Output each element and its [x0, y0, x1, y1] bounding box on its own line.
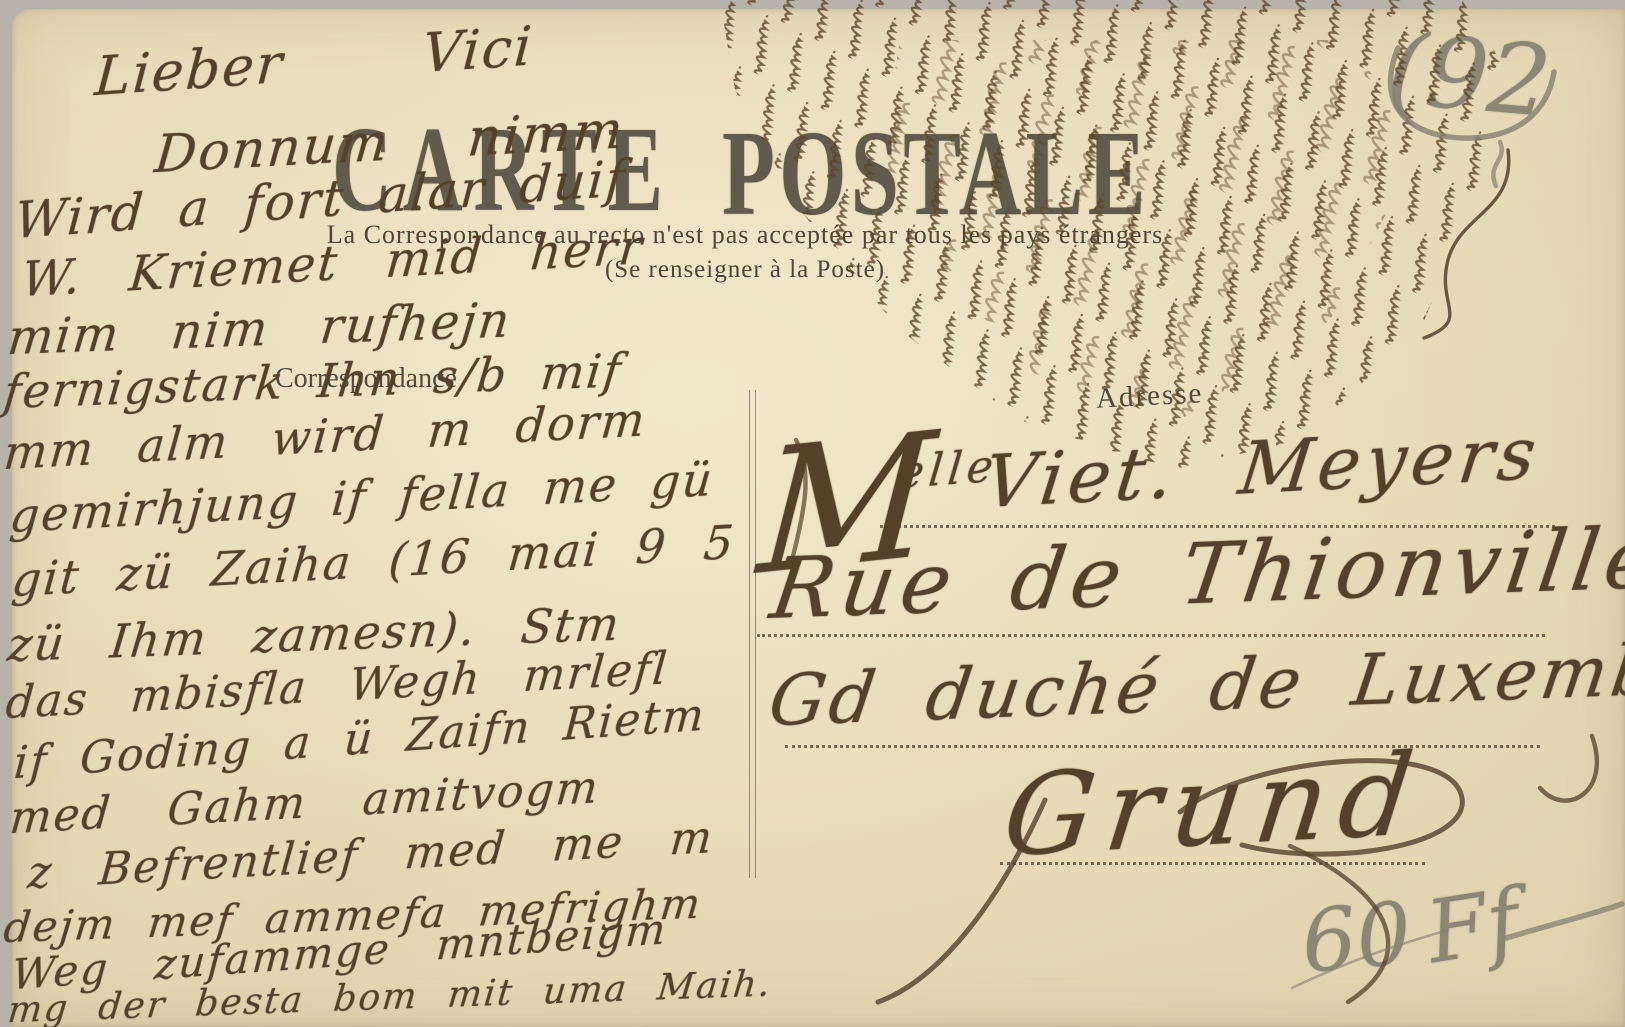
scanned-postcard-back: CARTE POSTALE La Correspondance au recto…	[0, 0, 1625, 1027]
address-city-line: Grund	[997, 730, 1431, 883]
pencil-price-currency: Ff	[1420, 870, 1526, 983]
section-divider-line	[749, 390, 756, 878]
pencil-price-amount: 60	[1298, 884, 1416, 993]
adresse-section-label: Adresse	[1095, 377, 1204, 416]
pencil-number-mark: (92	[1383, 12, 1555, 140]
